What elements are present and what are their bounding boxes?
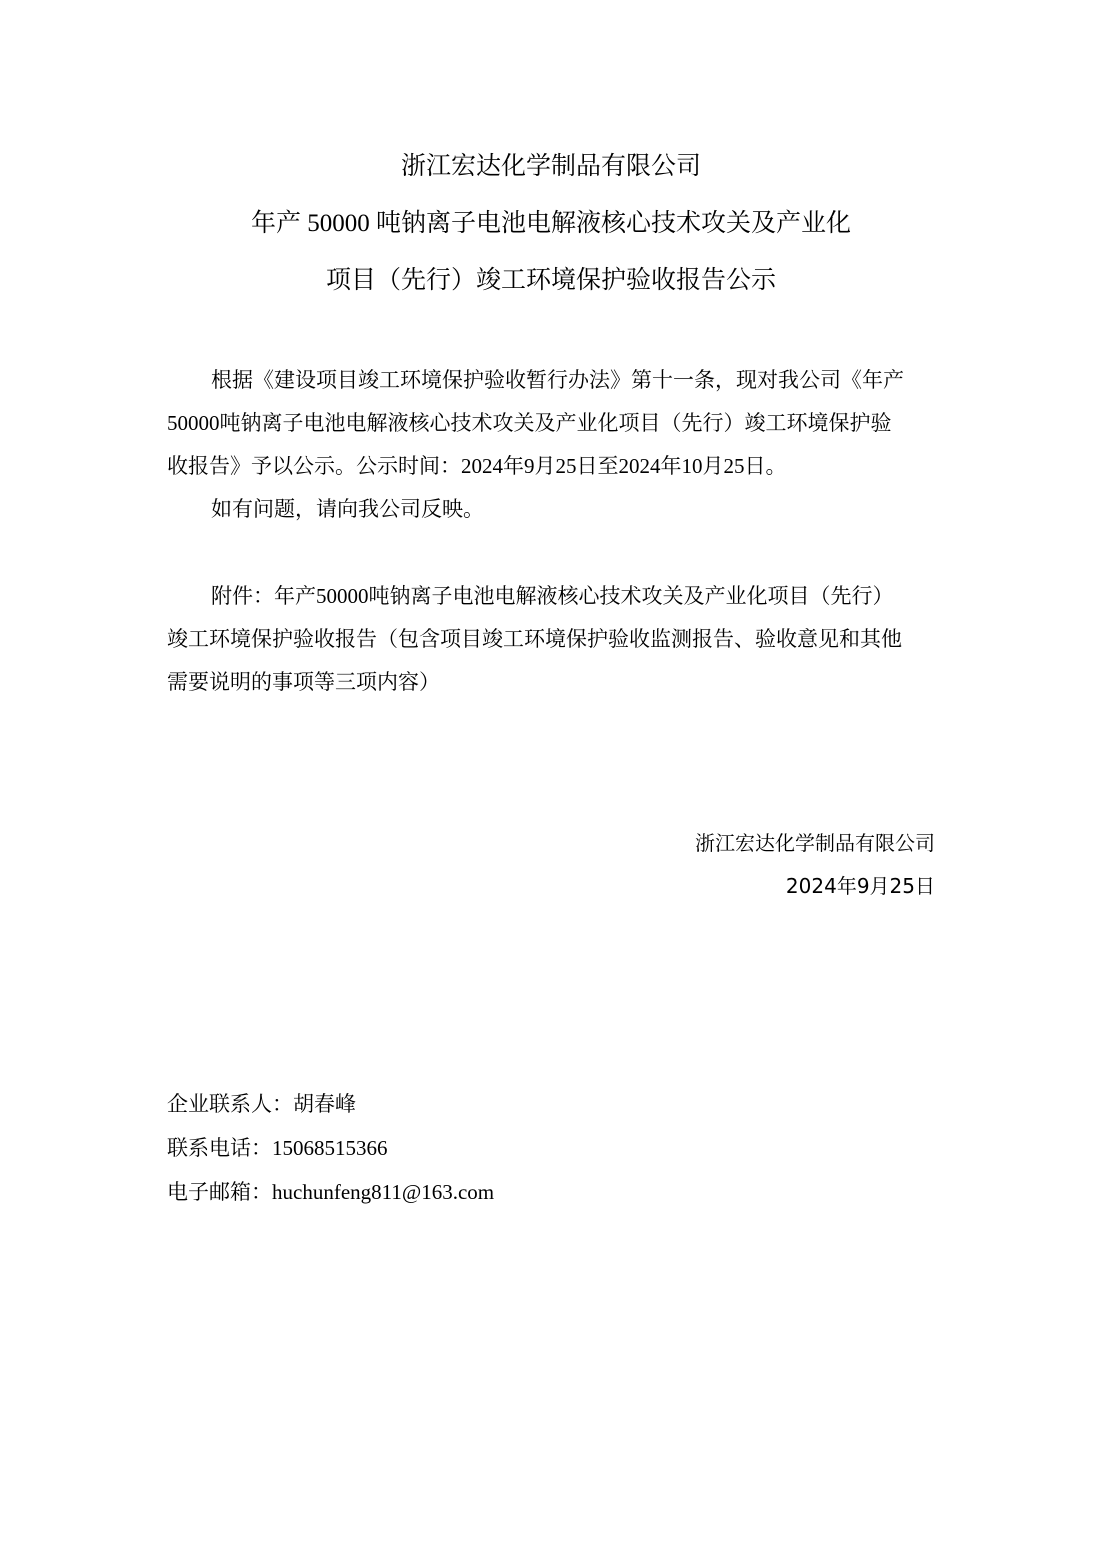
- attachment-line: 附件：年产50000吨钠离子电池电解液核心技术攻关及产业化项目（先行）: [167, 575, 937, 618]
- attachment-line: 需要说明的事项等三项内容）: [167, 661, 937, 704]
- contact-person: 企业联系人：胡春峰: [167, 1082, 494, 1126]
- inquiry-line: 如有问题，请向我公司反映。: [167, 488, 937, 531]
- signature-company: 浙江宏达化学制品有限公司: [695, 822, 935, 865]
- paragraph-line: 根据《建设项目竣工环境保护验收暂行办法》第十一条，现对我公司《年产: [167, 359, 937, 402]
- contact-phone-label: 联系电话：: [167, 1136, 272, 1160]
- contact-block: 企业联系人：胡春峰 联系电话：15068515366 电子邮箱：huchunfe…: [167, 1082, 494, 1214]
- signature-block: 浙江宏达化学制品有限公司 2024年9月25日: [695, 822, 935, 908]
- document-page: 浙江宏达化学制品有限公司 年产 50000 吨钠离子电池电解液核心技术攻关及产业…: [0, 0, 1102, 1559]
- attachment-paragraph: 附件：年产50000吨钠离子电池电解液核心技术攻关及产业化项目（先行） 竣工环境…: [167, 575, 937, 704]
- title-company: 浙江宏达化学制品有限公司: [0, 138, 1102, 195]
- announcement-paragraph: 根据《建设项目竣工环境保护验收暂行办法》第十一条，现对我公司《年产 50000吨…: [167, 359, 937, 531]
- attachment-line: 竣工环境保护验收报告（包含项目竣工环境保护验收监测报告、验收意见和其他: [167, 618, 937, 661]
- paragraph-line: 收报告》予以公示。公示时间：2024年9月25日至2024年10月25日。: [167, 445, 937, 488]
- signature-date: 2024年9月25日: [695, 865, 935, 908]
- contact-phone-value: 15068515366: [272, 1136, 388, 1160]
- contact-phone: 联系电话：15068515366: [167, 1126, 494, 1170]
- contact-person-label: 企业联系人：: [167, 1092, 293, 1116]
- contact-email: 电子邮箱：huchunfeng811@163.com: [167, 1170, 494, 1214]
- title-project-line-1: 年产 50000 吨钠离子电池电解液核心技术攻关及产业化: [0, 195, 1102, 252]
- title-project-line-2: 项目（先行）竣工环境保护验收报告公示: [0, 252, 1102, 309]
- contact-email-label: 电子邮箱：: [167, 1180, 272, 1204]
- paragraph-line: 50000吨钠离子电池电解液核心技术攻关及产业化项目（先行）竣工环境保护验: [167, 402, 937, 445]
- contact-person-value: 胡春峰: [293, 1092, 356, 1116]
- contact-email-value: huchunfeng811@163.com: [272, 1180, 494, 1204]
- document-title: 浙江宏达化学制品有限公司 年产 50000 吨钠离子电池电解液核心技术攻关及产业…: [0, 138, 1102, 309]
